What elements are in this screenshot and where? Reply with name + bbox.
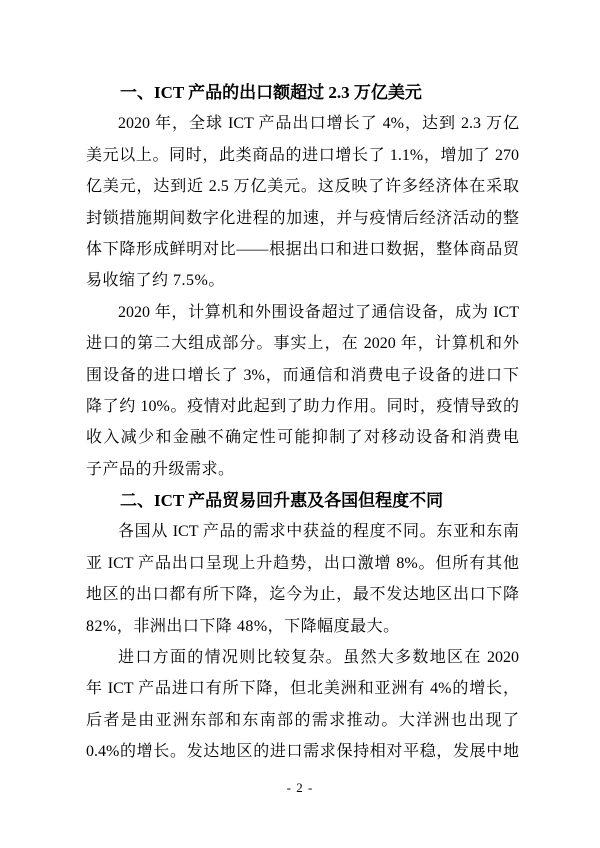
text-line: 2020 年，全球 ICT 产品出口增长了 4%，达到 2.3 万亿 xyxy=(86,108,519,139)
text-line: 围设备的进口增长了 3%，而通信和消费电子设备的进口下 xyxy=(86,360,519,391)
paragraph-2: 2020 年，计算机和外围设备超过了通信设备，成为 ICT 进口的第二大组成部分… xyxy=(86,297,519,485)
text-line: 后者是由亚洲东部和东南部的需求推动。大洋洲也出现了 xyxy=(86,705,519,736)
text-line: 地区的出口都有所下降，迄今为止，最不发达地区出口下降 xyxy=(86,579,519,610)
text-line: 降了约 10%。疫情对此起到了助力作用。同时，疫情导致的 xyxy=(86,391,519,422)
text-line: 82%，非洲出口下降 48%，下降幅度最大。 xyxy=(86,611,519,642)
text-line: 亿美元，达到近 2.5 万亿美元。这反映了许多经济体在采取 xyxy=(86,171,519,202)
text-line: 0.4%的增长。发达地区的进口需求保持相对平稳，发展中地 xyxy=(86,736,519,767)
paragraph-3: 各国从 ICT 产品的需求中获益的程度不同。东亚和东南 亚 ICT 产品出口呈现… xyxy=(86,516,519,642)
text-line: 年 ICT 产品进口有所下降，但北美洲和亚洲有 4%的增长， xyxy=(86,673,519,704)
section-2-heading: 二、ICT 产品贸易回升惠及各国但程度不同 xyxy=(86,485,519,516)
paragraph-4: 进口方面的情况则比较复杂。虽然大多数地区在 2020 年 ICT 产品进口有所下… xyxy=(86,642,519,768)
text-line: 易收缩了约 7.5%。 xyxy=(86,265,519,296)
text-line: 进口方面的情况则比较复杂。虽然大多数地区在 2020 xyxy=(86,642,519,673)
document-page: 一、ICT 产品的出口额超过 2.3 万亿美元 2020 年，全球 ICT 产品… xyxy=(0,0,600,848)
text-line: 各国从 ICT 产品的需求中获益的程度不同。东亚和东南 xyxy=(86,516,519,547)
text-line: 子产品的升级需求。 xyxy=(86,454,519,485)
text-line: 美元以上。同时，此类商品的进口增长了 1.1%，增加了 270 xyxy=(86,140,519,171)
section-1-heading: 一、ICT 产品的出口额超过 2.3 万亿美元 xyxy=(86,77,519,108)
text-line: 体下降形成鲜明对比——根据出口和进口数据，整体商品贸 xyxy=(86,234,519,265)
document-content: 一、ICT 产品的出口额超过 2.3 万亿美元 2020 年，全球 ICT 产品… xyxy=(86,77,519,768)
paragraph-1: 2020 年，全球 ICT 产品出口增长了 4%，达到 2.3 万亿 美元以上。… xyxy=(86,108,519,296)
text-line: 收入减少和金融不确定性可能抑制了对移动设备和消费电 xyxy=(86,422,519,453)
page-number: - 2 - xyxy=(0,780,600,796)
text-line: 封锁措施期间数字化进程的加速，并与疫情后经济活动的整 xyxy=(86,203,519,234)
text-line: 2020 年，计算机和外围设备超过了通信设备，成为 ICT xyxy=(86,297,519,328)
text-line: 进口的第二大组成部分。事实上，在 2020 年，计算机和外 xyxy=(86,328,519,359)
text-line: 亚 ICT 产品出口呈现上升趋势，出口激增 8%。但所有其他 xyxy=(86,548,519,579)
